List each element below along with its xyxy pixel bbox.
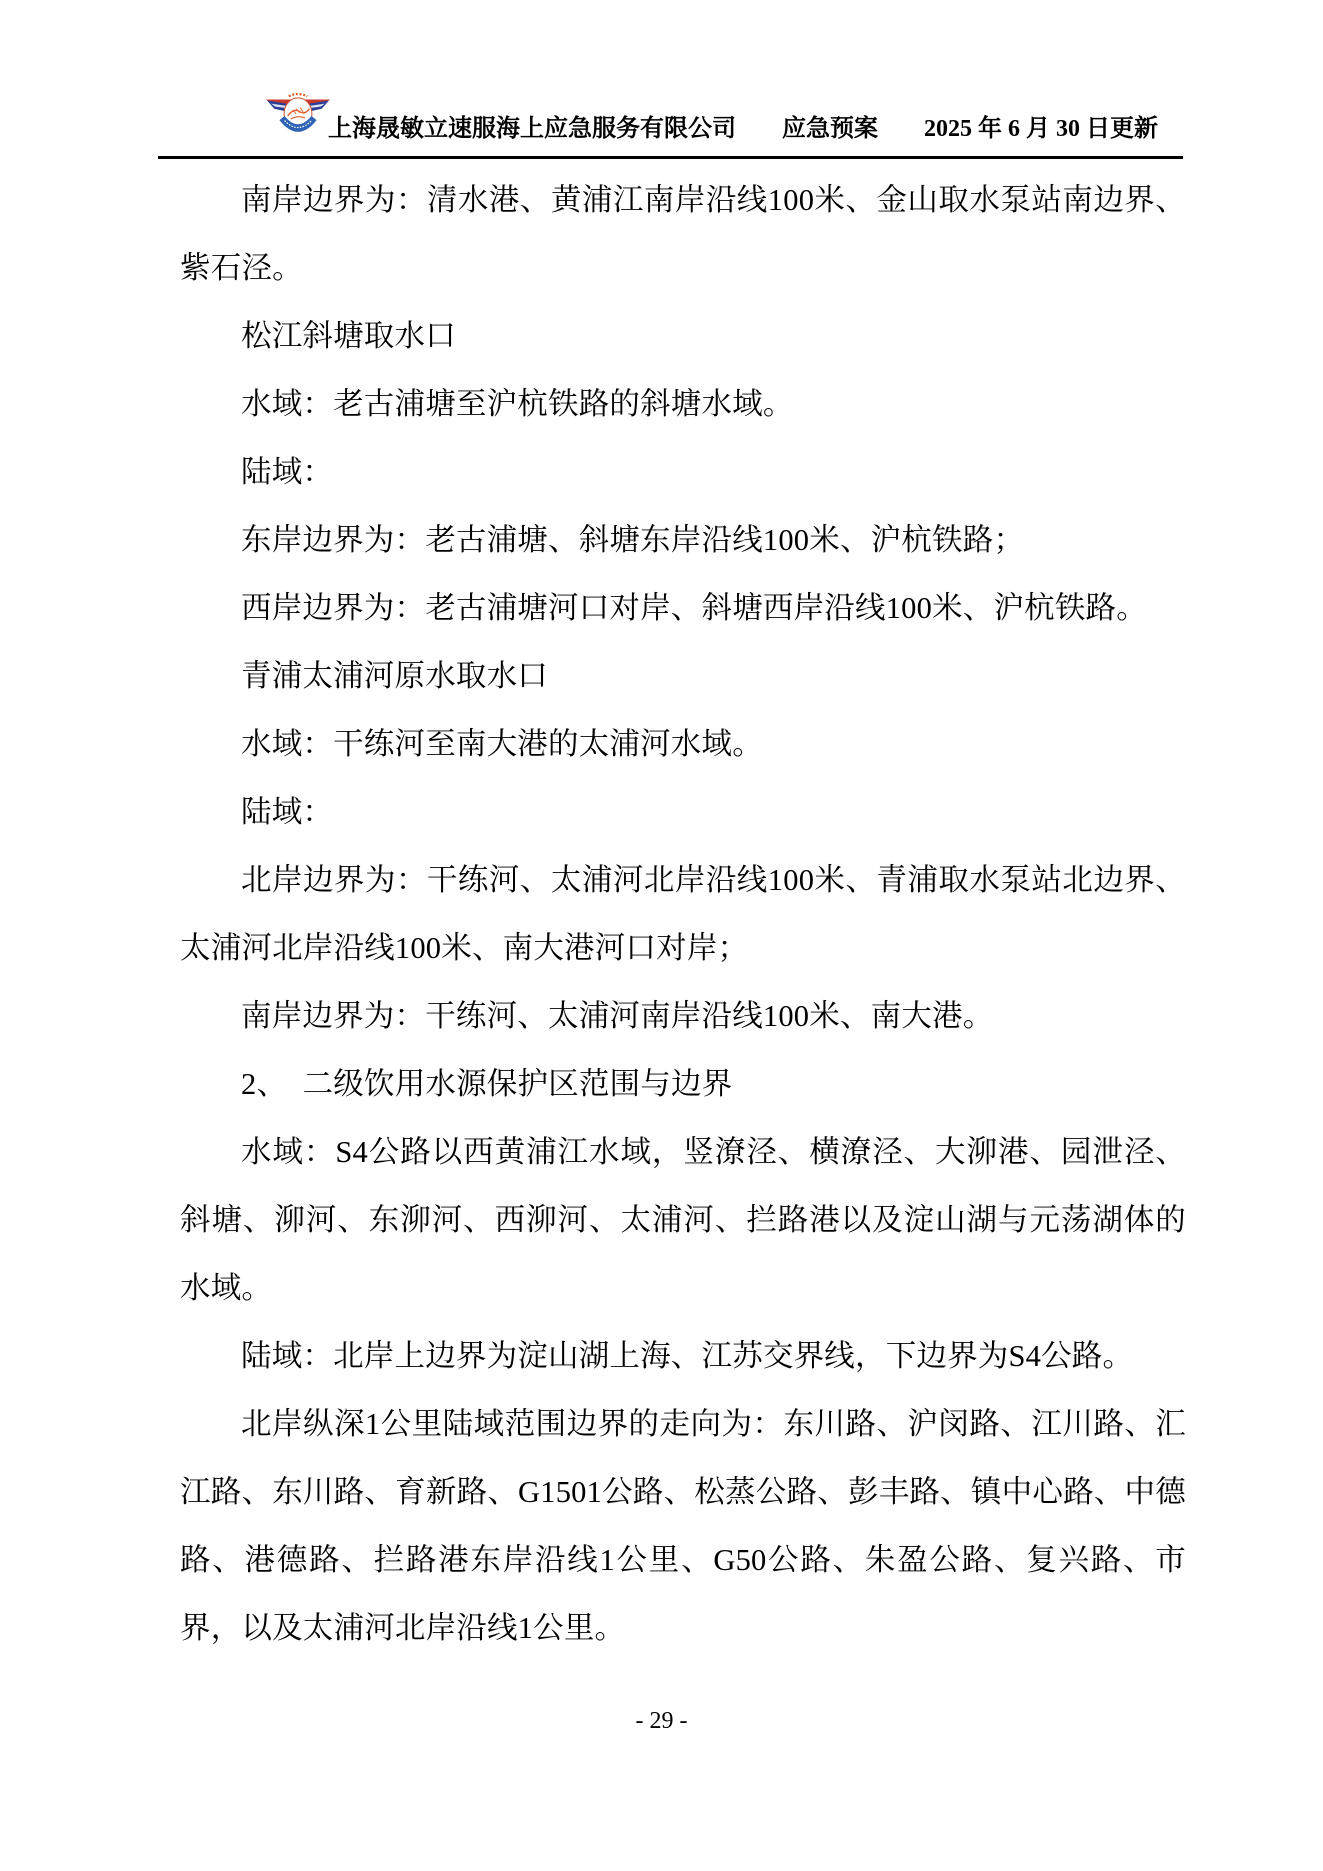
- paragraph: 西岸边界为：老古浦塘河口对岸、斜塘西岸沿线100米、沪杭铁路。: [180, 574, 1186, 642]
- page-number: - 29 -: [0, 1708, 1323, 1735]
- paragraph: 青浦太浦河原水取水口: [180, 642, 1186, 710]
- paragraph: 南岸边界为：清水港、黄浦江南岸沿线100米、金山取水泵站南边界、紫石泾。: [180, 166, 1186, 302]
- paragraph: 北岸纵深1公里陆域范围边界的走向为：东川路、沪闵路、江川路、汇江路、东川路、育新…: [180, 1390, 1186, 1662]
- paragraph: 北岸边界为：干练河、太浦河北岸沿线100米、青浦取水泵站北边界、太浦河北岸沿线1…: [180, 846, 1186, 982]
- paragraph: 陆域：北岸上边界为淀山湖上海、江苏交界线，下边界为S4公路。: [180, 1322, 1186, 1390]
- paragraph: 陆域：: [180, 778, 1186, 846]
- paragraph: 松江斜塘取水口: [180, 302, 1186, 370]
- paragraph: 水域：老古浦塘至沪杭铁路的斜塘水域。: [180, 370, 1186, 438]
- header-company-name: 上海晟敏立速服海上应急服务有限公司: [328, 112, 736, 146]
- header-updated-date: 2025 年 6 月 30 日更新: [924, 112, 1158, 146]
- document-body: 南岸边界为：清水港、黄浦江南岸沿线100米、金山取水泵站南边界、紫石泾。松江斜塘…: [180, 166, 1186, 1662]
- header-divider: [158, 156, 1183, 159]
- document-page: { "header": { "logo_name": "company-logo…: [0, 0, 1323, 1871]
- paragraph: 2、 二级饮用水源保护区范围与边界: [180, 1050, 1186, 1118]
- paragraph: 南岸边界为：干练河、太浦河南岸沿线100米、南大港。: [180, 982, 1186, 1050]
- paragraph: 水域：干练河至南大港的太浦河水域。: [180, 710, 1186, 778]
- paragraph: 水域：S4公路以西黄浦江水域，竖潦泾、横潦泾、大泖港、园泄泾、斜塘、泖河、东泖河…: [180, 1118, 1186, 1322]
- header-doc-type: 应急预案: [782, 112, 878, 146]
- page-header: 上海晟敏立速服海上应急服务有限公司 应急预案 2025 年 6 月 30 日更新: [328, 112, 1158, 146]
- paragraph: 东岸边界为：老古浦塘、斜塘东岸沿线100米、沪杭铁路；: [180, 506, 1186, 574]
- paragraph: 陆域：: [180, 438, 1186, 506]
- company-logo-icon: [265, 88, 331, 148]
